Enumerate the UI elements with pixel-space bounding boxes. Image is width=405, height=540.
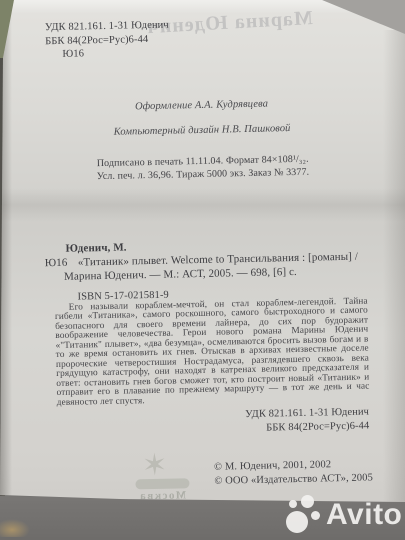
print-run-info: Подписано в печать 11.11.04. Формат 84×1… [38,151,368,184]
catalog-author: Юденич, М. [65,242,126,255]
printed-text-layer: Марина Юденич УДК 821.161. 1-31 Юденич Б… [0,0,405,540]
credits-block: Оформление А.А. Кудрявцева Компьютерный … [36,89,367,146]
avito-watermark: Avito [286,492,402,538]
author-sign-code: Ю16 [62,46,169,62]
bleedthrough-smudge [135,478,189,489]
catalog-code: Ю16 [45,257,68,269]
avito-logo-icon [286,494,322,536]
corner-stain [0,519,30,537]
annotation-paragraph: Его называли кораблем-мечтой, он стал ко… [55,297,370,408]
bleedthrough-title-text: Марина Юденич [162,7,313,38]
udk-code: УДК 821.161. 1-31 Юденич [45,19,169,35]
book-imprint-page: Марина Юденич УДК 821.161. 1-31 Юденич Б… [0,0,405,540]
bbk-code-bottom: ББК 84(2Рос=Рус)6-44 [163,419,369,437]
catalog-title-line2: Марина Юденич. — М.: АСТ, 2005. — 698, [… [64,266,297,283]
book-listing-photo: Марина Юденич УДК 821.161. 1-31 Юденич Б… [0,0,405,540]
top-classification-codes: УДК 821.161. 1-31 Юденич ББК 84(2Рос=Рус… [45,19,170,62]
copyright-publisher: © ООО «Издательство АСТ», 2005 [214,471,373,488]
copyright-block: © М. Юденич, 2001, 2002 © ООО «Издательс… [214,457,373,488]
bottom-classification-codes: УДК 821.161. 1-31 Юденич ББК 84(2Рос=Рус… [163,405,370,436]
avito-watermark-label: Avito [326,492,402,538]
